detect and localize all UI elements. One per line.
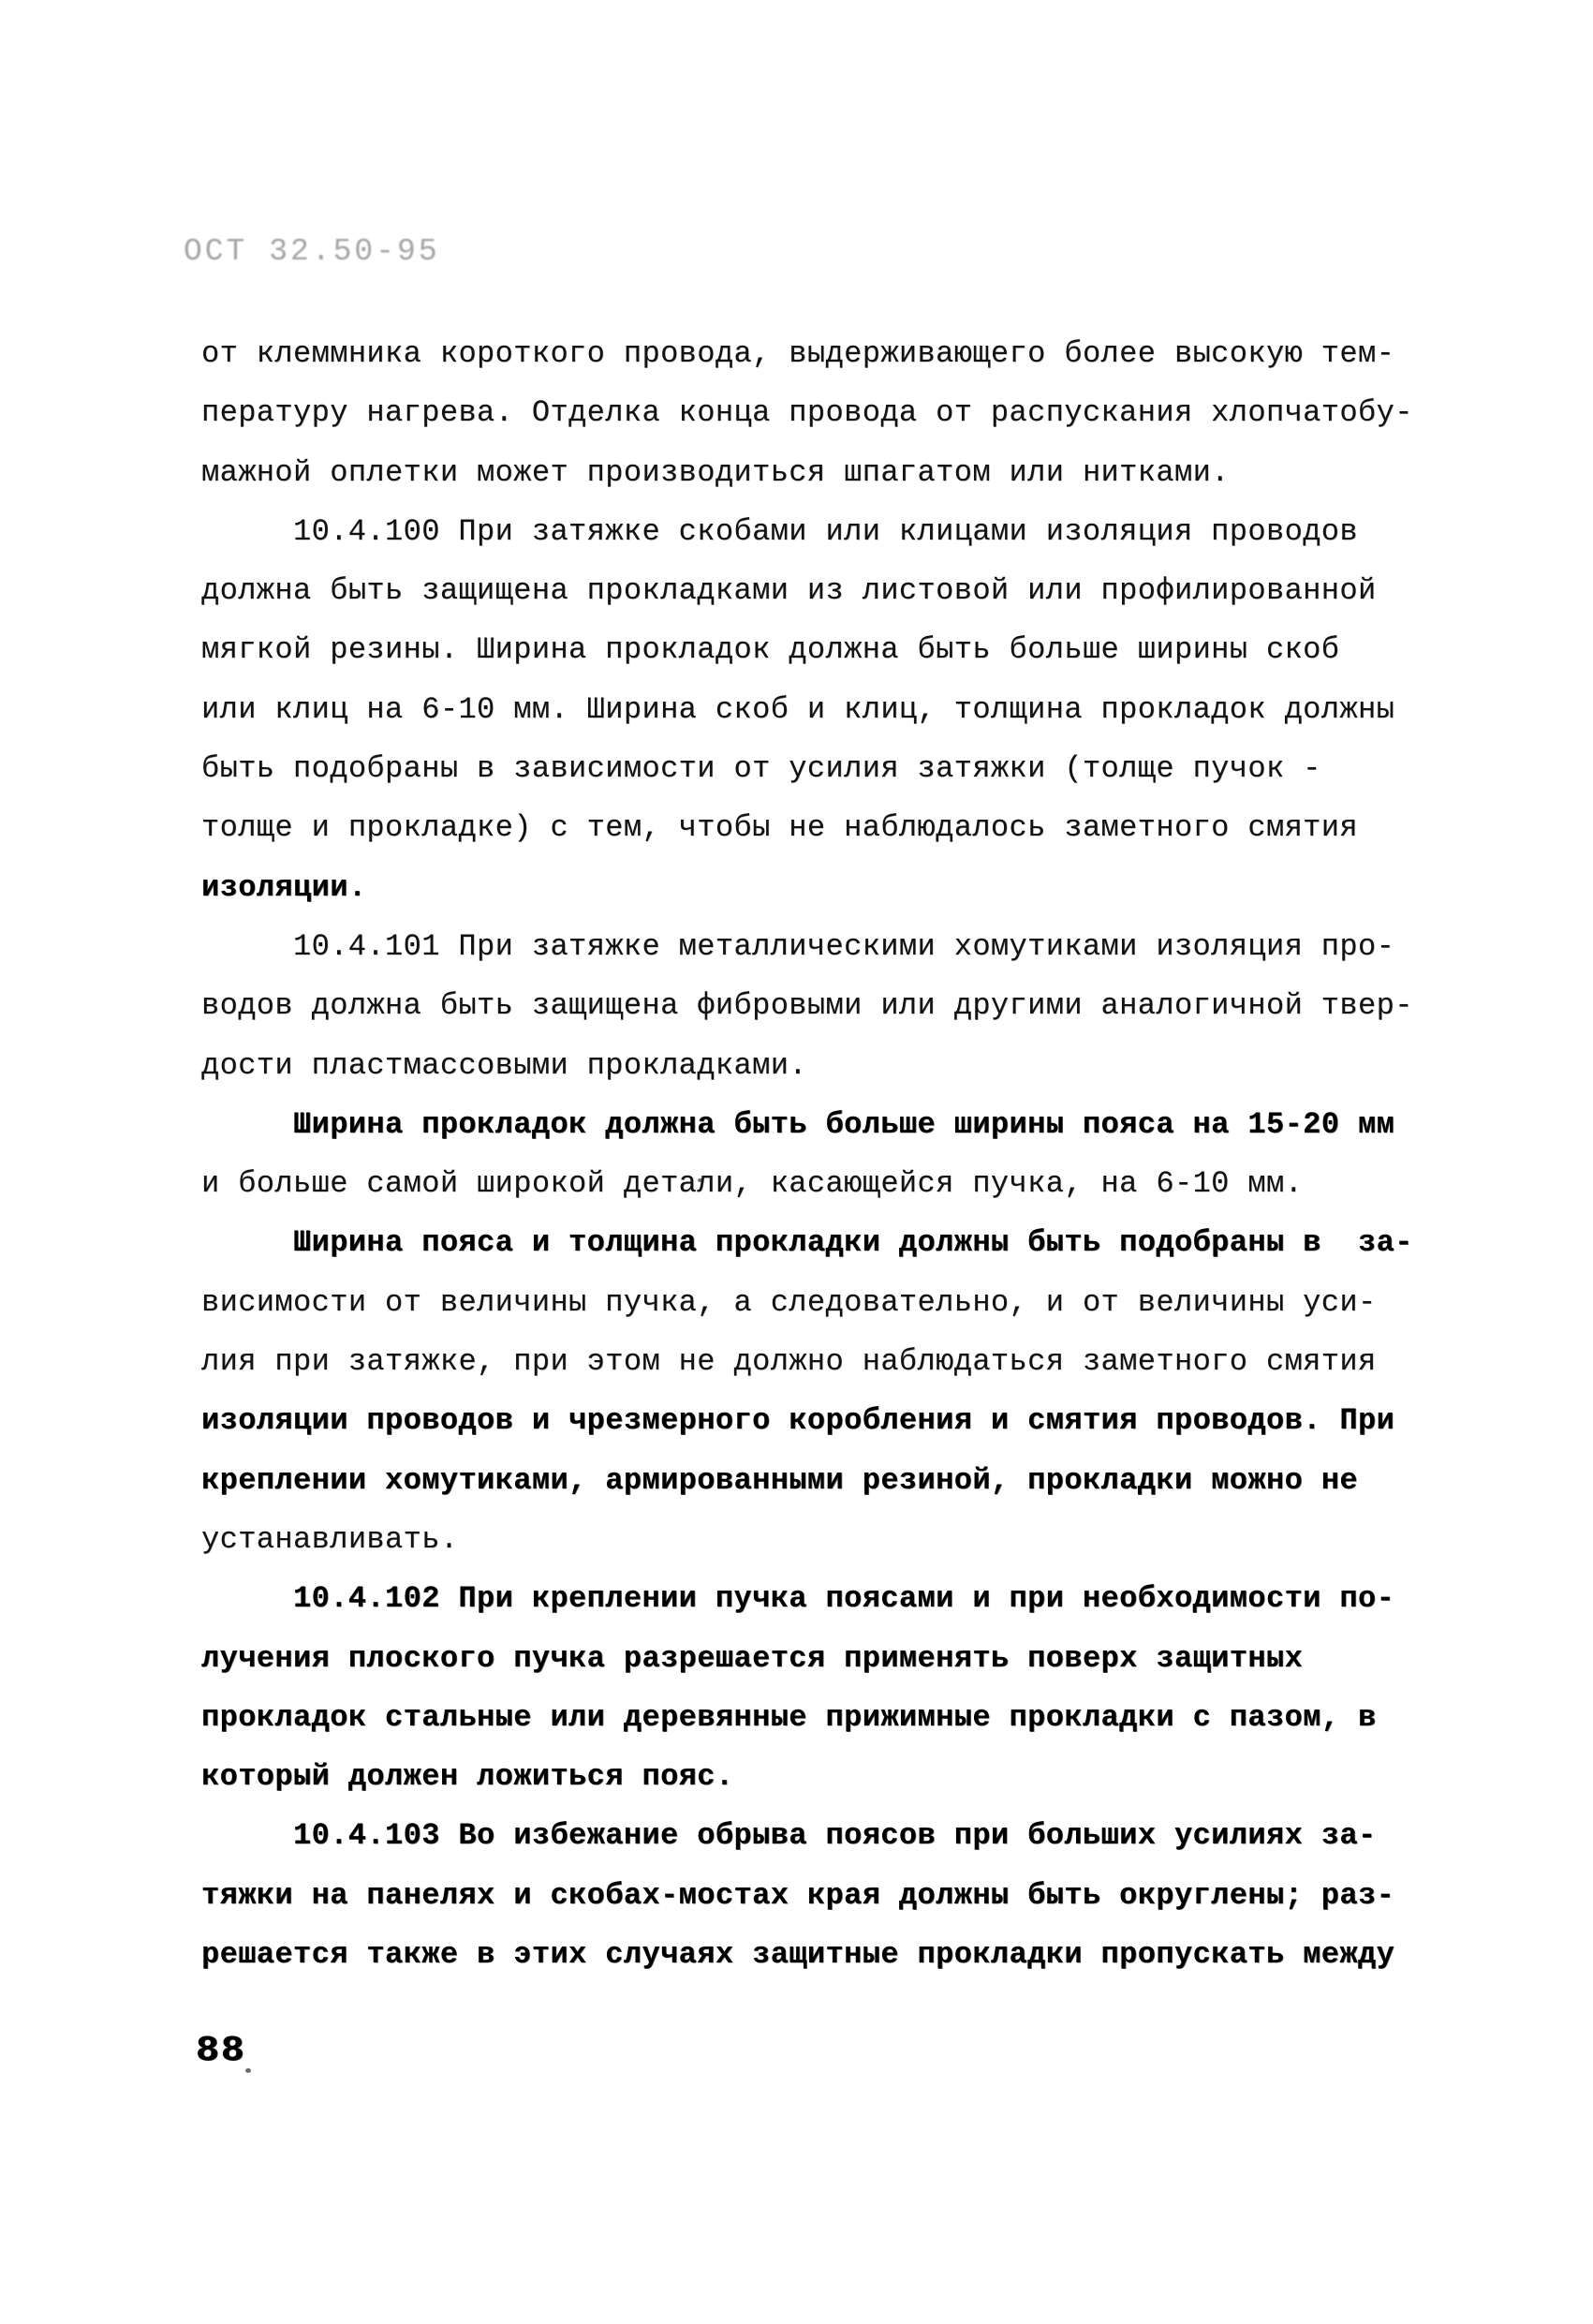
text-line: водов должна быть защищена фибровыми или… (201, 976, 1447, 1035)
text-line: висимости от величины пучка, а следовате… (201, 1273, 1447, 1332)
text-line: и больше самой широкой детали, касающейс… (201, 1154, 1447, 1213)
text-line: прокладок стальные или деревянные прижим… (201, 1688, 1447, 1747)
page-number: 88 (196, 2031, 246, 2071)
text-line: быть подобраны в зависимости от усилия з… (201, 739, 1447, 798)
text-line: от клеммника короткого провода, выдержив… (201, 324, 1447, 383)
text-line: мягкой резины. Ширина прокладок должна б… (201, 620, 1447, 679)
text-line: лия при затяжке, при этом не должно набл… (201, 1332, 1447, 1391)
text-line: 10.4.100 При затяжке скобами или клицами… (201, 502, 1447, 561)
text-line: Ширина прокладок должна быть больше шири… (201, 1095, 1447, 1154)
text-line: решается также в этих случаях защитные п… (201, 1925, 1447, 1984)
text-line: изоляции проводов и чрезмерного короблен… (201, 1391, 1447, 1450)
document-page: ОСТ 32.50-95 от клеммника короткого пров… (0, 0, 1593, 2324)
scan-speck (245, 2068, 251, 2073)
text-line: креплении хомутиками, армированными рези… (201, 1451, 1447, 1510)
text-line: дости пластмассовыми прокладками. (201, 1036, 1447, 1095)
text-line: который должен ложиться пояс. (201, 1747, 1447, 1806)
text-line: лучения плоского пучка разрешается приме… (201, 1629, 1447, 1688)
text-line: Ширина пояса и толщина прокладки должны … (201, 1213, 1447, 1272)
text-lines: от клеммника короткого провода, выдержив… (201, 324, 1447, 1984)
text-line: 10.4.102 При креплении пучка поясами и п… (201, 1569, 1447, 1628)
text-line: толще и прокладке) с тем, чтобы не наблю… (201, 798, 1447, 857)
text-line: мажной оплетки может производиться шпага… (201, 443, 1447, 502)
text-line: или клиц на 6-10 мм. Ширина скоб и клиц,… (201, 680, 1447, 739)
text-line: тяжки на панелях и скобах-мостах края до… (201, 1866, 1447, 1925)
text-line: изоляции. (201, 858, 1447, 917)
document-number: ОСТ 32.50-95 (184, 234, 440, 269)
text-line: пературу нагрева. Отделка конца провода … (201, 383, 1447, 442)
text-line: 10.4.103 Во избежание обрыва поясов при … (201, 1806, 1447, 1865)
text-line: 10.4.101 При затяжке металлическими хому… (201, 917, 1447, 976)
text-line: должна быть защищена прокладками из лист… (201, 561, 1447, 620)
text-line: устанавливать. (201, 1510, 1447, 1569)
scan-speck (698, 1178, 702, 1182)
